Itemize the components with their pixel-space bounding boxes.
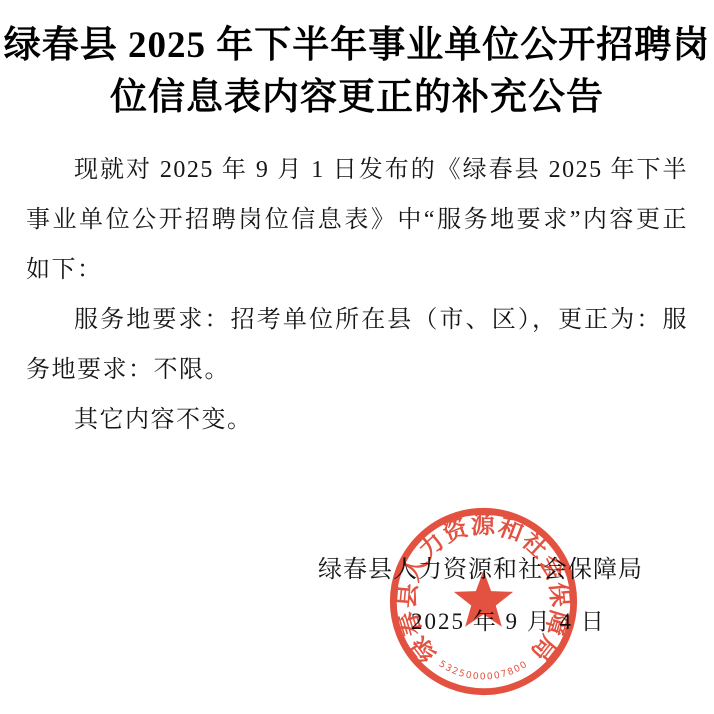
seal-arc-text: 绿春县人力资源和社会保障局 bbox=[393, 512, 574, 666]
announcement-document: 绿春县 2025 年下半年事业单位公开招聘岗 位信息表内容更正的补充公告 现就对… bbox=[0, 0, 714, 714]
body-paragraph-1-line-1: 现就对 2025 年 9 月 1 日发布的《绿春县 2025 年下半年 bbox=[26, 145, 688, 195]
body-paragraph-2-line-2: 务地要求：不限。 bbox=[26, 345, 688, 395]
page-title: 绿春县 2025 年下半年事业单位公开招聘岗 位信息表内容更正的补充公告 bbox=[0, 20, 714, 124]
issue-date: 2025 年 9 月 4 日 bbox=[411, 603, 606, 636]
body-paragraph-1-line-3: 如下： bbox=[26, 245, 688, 295]
title-line-2: 位信息表内容更正的补充公告 bbox=[0, 72, 714, 124]
title-line-1: 绿春县 2025 年下半年事业单位公开招聘岗 bbox=[0, 20, 714, 72]
body-paragraph-1-line-2: 事业单位公开招聘岗位信息表》中“服务地要求”内容更正 bbox=[26, 195, 688, 245]
body-paragraph-3-line-1: 其它内容不变。 bbox=[26, 395, 688, 445]
announcement-body: 现就对 2025 年 9 月 1 日发布的《绿春县 2025 年下半年 事业单位… bbox=[26, 145, 688, 445]
seal-code-text: 5325000007800 bbox=[437, 659, 530, 683]
issuer-name: 绿春县人力资源和社会保障局 bbox=[318, 549, 643, 584]
body-paragraph-2-line-1: 服务地要求：招考单位所在县（市、区），更正为：服 bbox=[26, 295, 688, 345]
official-seal-graphic: 绿春县人力资源和社会保障局 5325000007800 bbox=[386, 504, 581, 699]
seal-ring-icon bbox=[393, 511, 573, 691]
official-seal: 绿春县人力资源和社会保障局 5325000007800 bbox=[386, 504, 581, 699]
